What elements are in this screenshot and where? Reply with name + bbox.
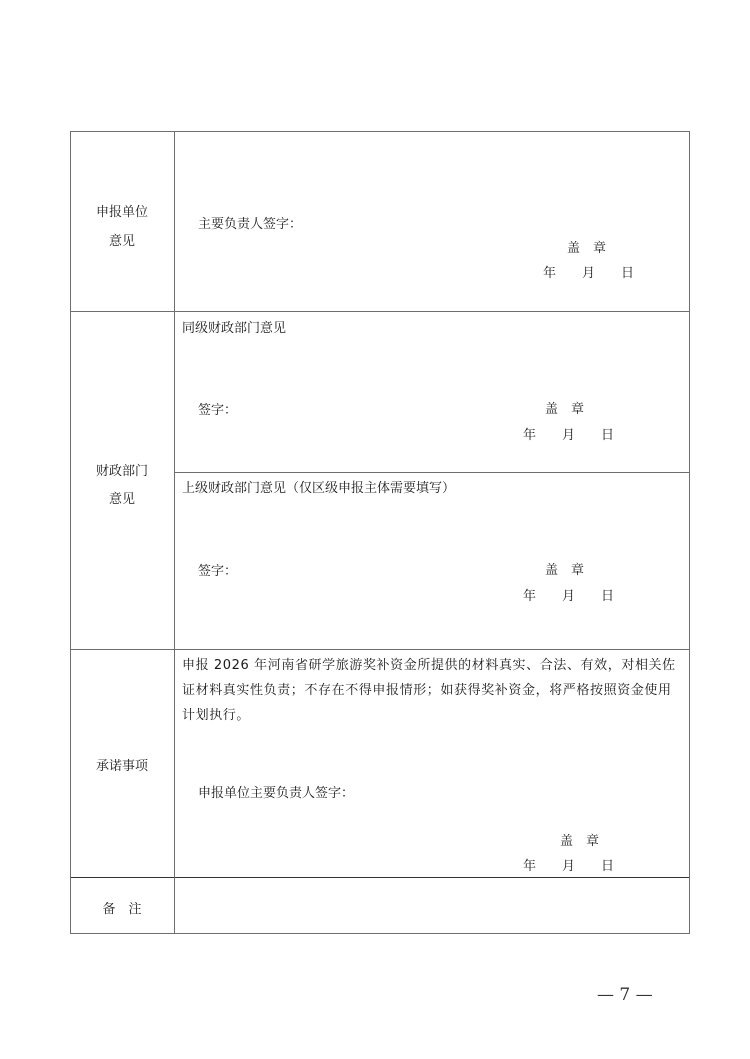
same-level-finance-title: 同级财政部门意见	[182, 321, 286, 337]
remarks-field[interactable]	[175, 878, 689, 933]
applicant-date-field[interactable]: 年 月 日	[543, 266, 634, 282]
commitment-statement: 申报 2026 年河南省研学旅游奖补资金所提供的材料真实、合法、有效，对相关佐证…	[182, 653, 682, 728]
remarks-label: 备 注	[70, 902, 174, 918]
page-number: — 7 —	[597, 985, 653, 1005]
upper-level-date-field[interactable]: 年 月 日	[523, 589, 614, 605]
applicant-opinion-label-line1: 申报单位	[70, 205, 174, 221]
applicant-opinion-label-line2: 意见	[70, 234, 174, 250]
table-border-left	[70, 131, 71, 934]
upper-level-seal-label: 盖 章	[545, 563, 584, 579]
same-level-seal-label: 盖 章	[545, 402, 584, 418]
same-level-signature-field[interactable]: 签字：	[198, 403, 237, 419]
table-border-right	[689, 131, 690, 934]
application-form-table: 申报单位 意见 主要负责人签字： 盖 章 年 月 日 财政部门 意见 同级财政部…	[70, 131, 690, 934]
upper-level-signature-field[interactable]: 签字：	[198, 564, 237, 580]
finance-opinion-label-line2: 意见	[70, 492, 174, 508]
commitment-signature-field[interactable]: 申报单位主要负责人签字：	[198, 786, 354, 802]
applicant-seal-label: 盖 章	[567, 241, 606, 257]
row-divider	[70, 311, 690, 312]
table-border-bottom	[70, 933, 690, 934]
commitment-label: 承诺事项	[70, 759, 174, 775]
commitment-seal-label: 盖 章	[560, 834, 599, 850]
same-level-date-field[interactable]: 年 月 日	[523, 428, 614, 444]
commitment-date-field[interactable]: 年 月 日	[523, 859, 614, 875]
subrow-divider	[174, 472, 690, 473]
finance-opinion-label-line1: 财政部门	[70, 464, 174, 480]
row-divider	[70, 649, 690, 650]
applicant-signature-field[interactable]: 主要负责人签字：	[198, 217, 302, 233]
upper-level-finance-title: 上级财政部门意见（仅区级申报主体需要填写）	[182, 481, 455, 497]
column-divider	[174, 131, 175, 934]
table-border-top	[70, 131, 690, 132]
